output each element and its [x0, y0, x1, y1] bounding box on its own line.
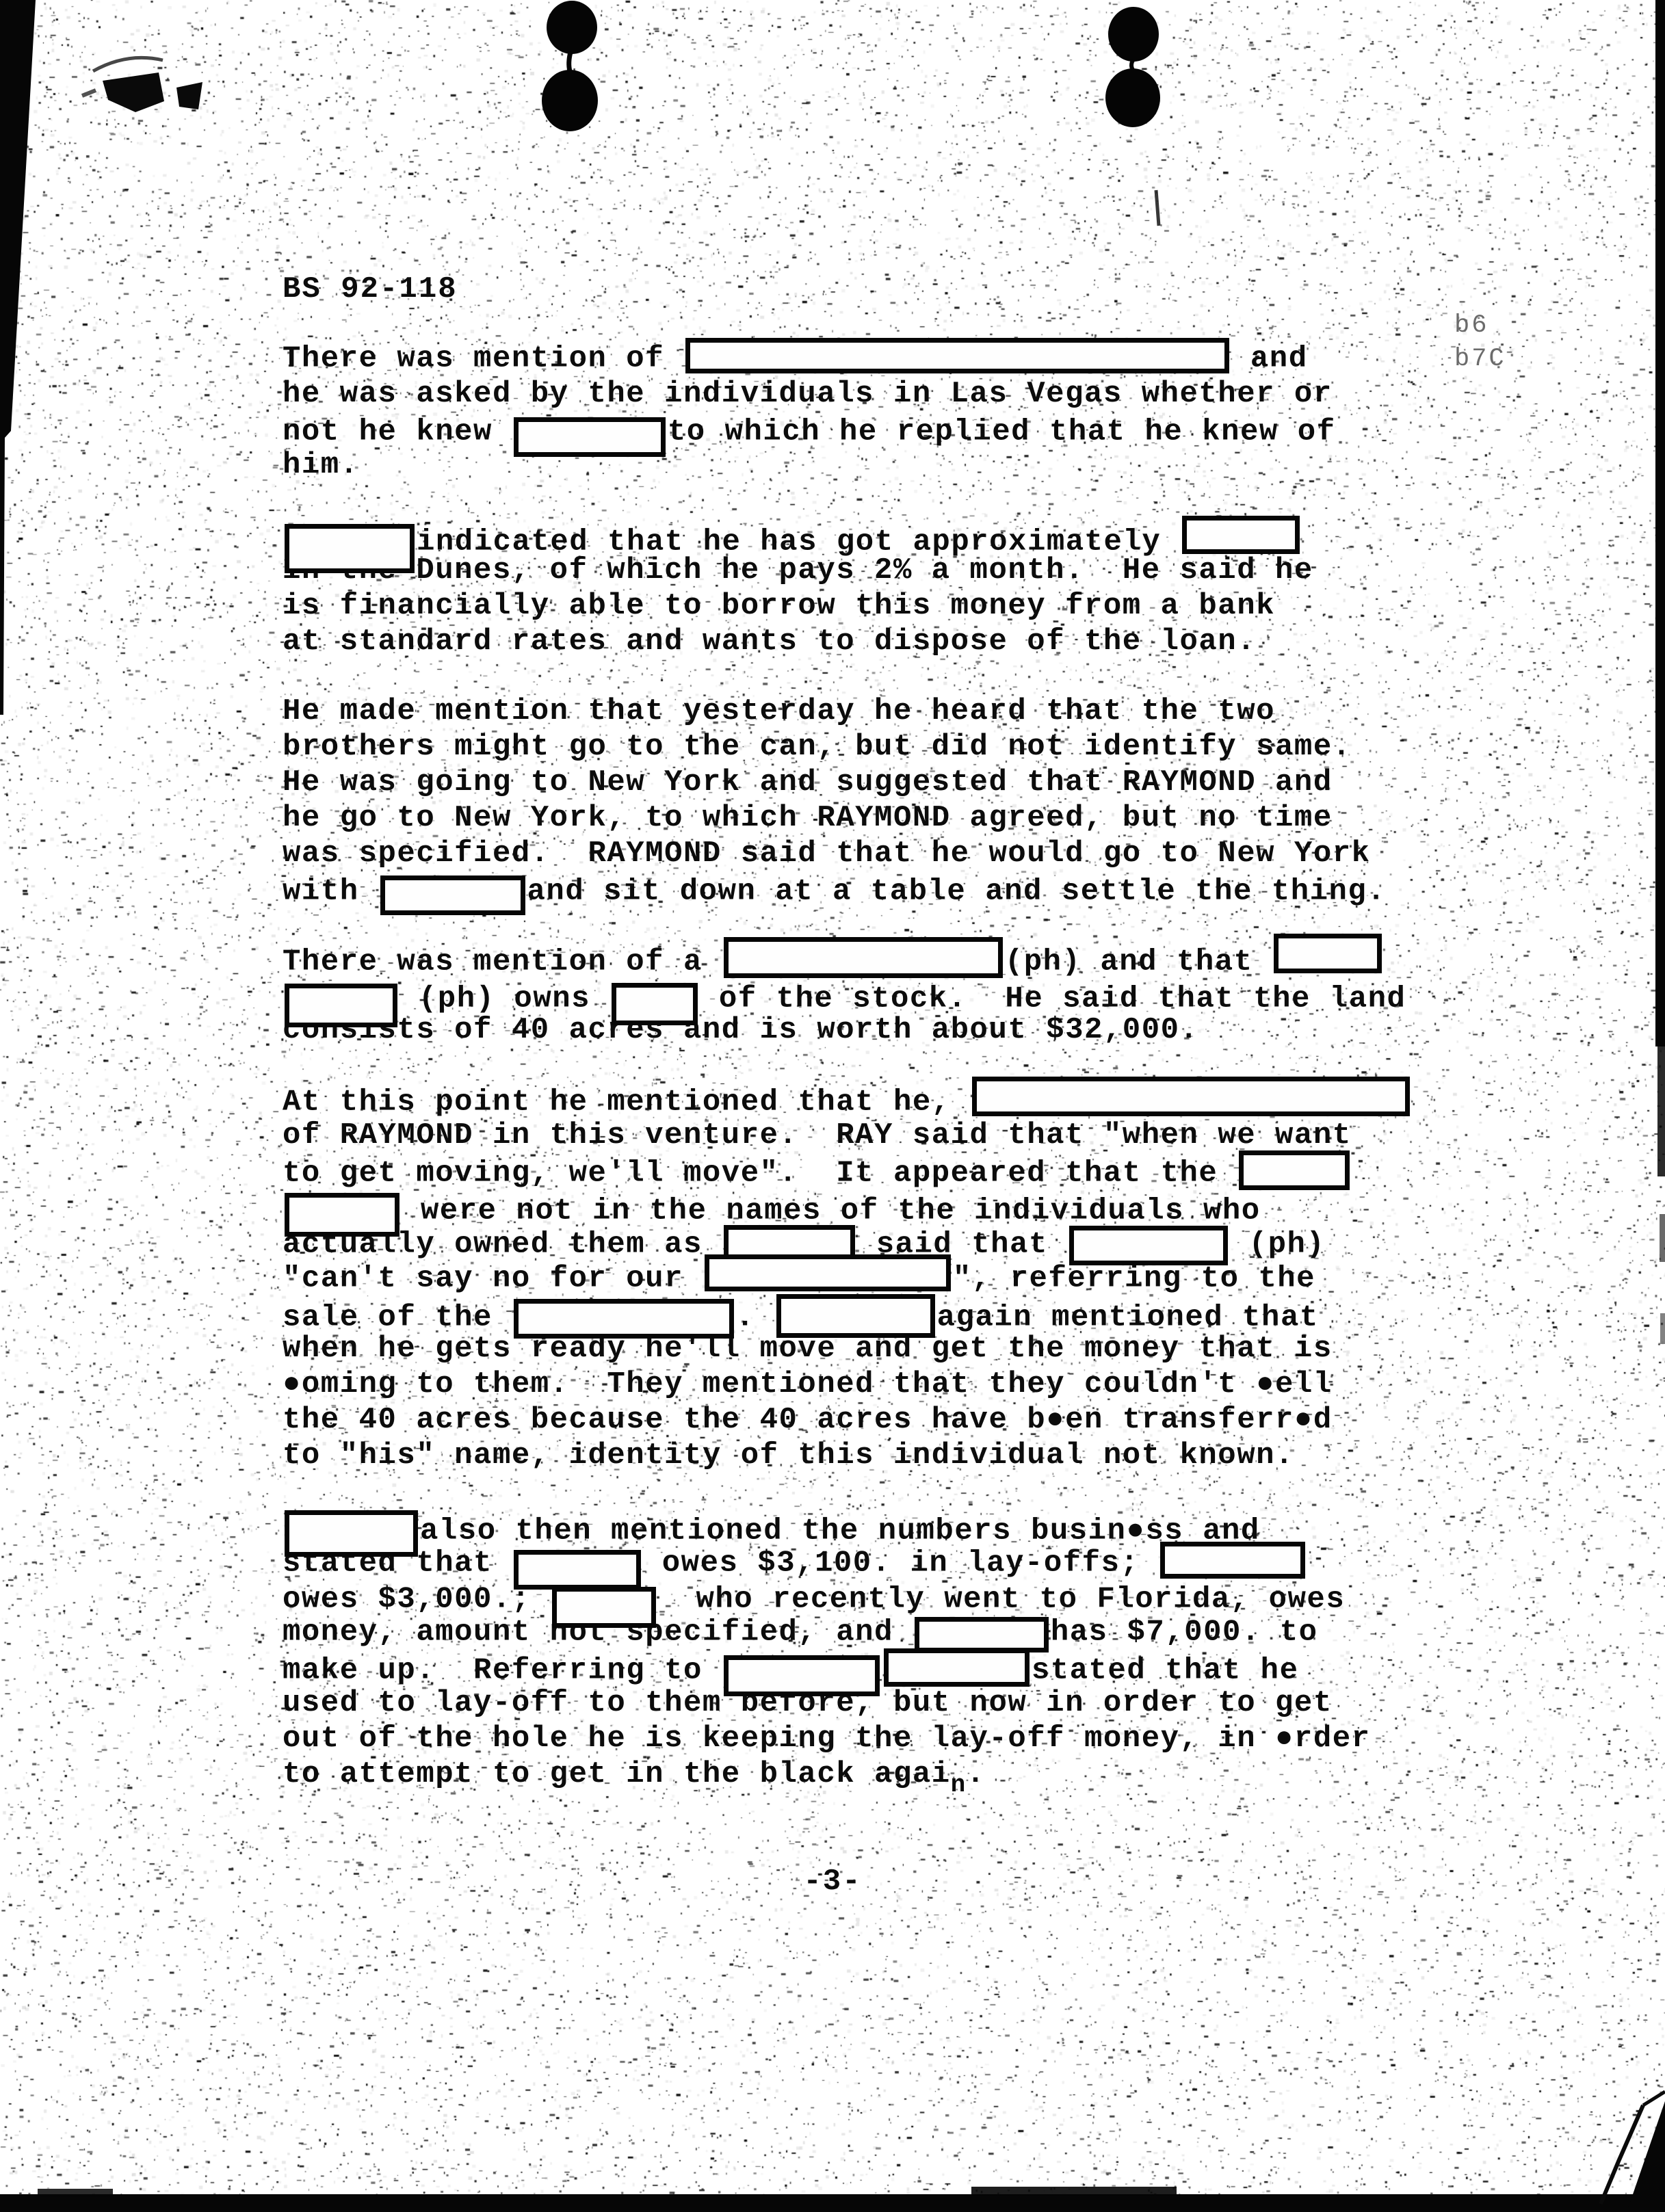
- redaction-box: [724, 1655, 880, 1696]
- redaction-box: [514, 417, 666, 457]
- redaction-box: [776, 1294, 935, 1338]
- paragraph: also then mentioned the numbers busin●ss…: [283, 1507, 1514, 1792]
- redaction-box: [1160, 1542, 1305, 1579]
- redaction-box: [285, 1510, 418, 1557]
- scanned-document-page: BS 92-118 b6 b7C There was mention of an…: [0, 0, 1665, 2212]
- document-text-layer: BS 92-118 b6 b7C There was mention of an…: [0, 0, 1665, 2212]
- redaction-box: [380, 875, 525, 915]
- redaction-box: [552, 1587, 656, 1628]
- redaction-box: [884, 1648, 1030, 1687]
- redaction-box: [705, 1254, 951, 1291]
- redaction-box: [1069, 1226, 1228, 1265]
- redaction-box: [612, 983, 698, 1025]
- file-number: BS 92-118: [283, 272, 458, 306]
- redaction-box: [514, 1550, 641, 1590]
- redaction-box: [972, 1077, 1410, 1116]
- document-body: There was mention of andhe was asked by …: [283, 341, 1514, 1826]
- page-number: -3-: [0, 1865, 1665, 1899]
- redaction-box: [724, 937, 1003, 978]
- paragraph: indicated that he has got approximately …: [283, 517, 1514, 659]
- redaction-box: [514, 1299, 734, 1339]
- redaction-box: [1274, 934, 1382, 973]
- redaction-box: [685, 338, 1229, 373]
- redaction-box: [1182, 516, 1300, 554]
- paragraph: There was mention of andhe was asked by …: [283, 341, 1514, 483]
- redaction-box: [915, 1617, 1049, 1653]
- redaction-box: [285, 984, 397, 1027]
- paragraph: He made mention that yesterday he heard …: [283, 694, 1514, 907]
- paragraph: At this point he mentioned that he, of R…: [283, 1082, 1514, 1473]
- redaction-box: [285, 1193, 399, 1237]
- redaction-box: [1239, 1150, 1350, 1190]
- redaction-box: [285, 524, 415, 573]
- paragraph: There was mention of a (ph) and that (ph…: [283, 941, 1514, 1048]
